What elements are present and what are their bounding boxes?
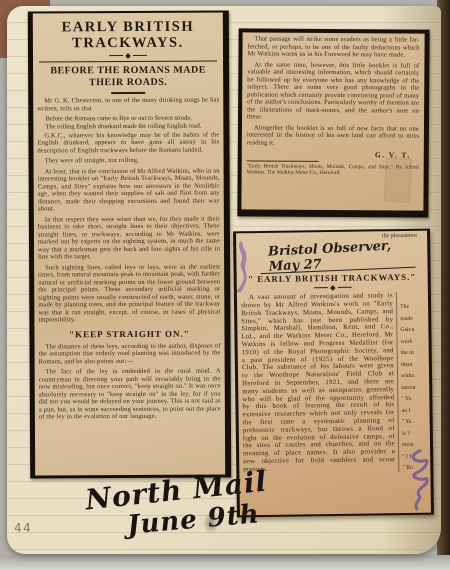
column-rule (396, 292, 400, 472)
text-fragment: The (400, 304, 425, 311)
text-fragment: Galva (400, 327, 425, 334)
news-paragraph: At least, that is the conclusion of Mr A… (38, 167, 220, 213)
text-fragment: an I (401, 408, 426, 415)
subhead-line2: THEIR ROADS. (37, 77, 219, 90)
clipping-subheadline: BEFORE THE ROMANS MADE THEIR ROADS. (37, 65, 219, 90)
text-fragment: the m (401, 350, 426, 357)
adjacent-column-fragments: The made Galva work the m them witha inc… (400, 292, 428, 472)
scrapbook-page: EARLY BRITISH TRACKWAYS. BEFORE THE ROMA… (7, 6, 441, 554)
news-paragraph: That passage will strike some readers as… (247, 35, 419, 59)
footnote-rule (247, 160, 319, 162)
news-paragraph: The distance of these leys, according to… (39, 342, 221, 365)
news-paragraph: The fact of the ley is embedded in the r… (39, 368, 221, 421)
news-paragraph: Mr G. K. Chesterton, in one of the many … (37, 97, 219, 113)
crosshead: "KEEP STRAIGHT ON." (38, 328, 220, 339)
subhead-line1: BEFORE THE ROMANS MADE (37, 65, 219, 78)
rule-short (111, 92, 145, 94)
news-paragraph: A vast amount of investigation and study… (241, 292, 395, 474)
verse-line: Before the Romans came to Rye or out to … (51, 115, 219, 123)
scrapbook-photo: EARLY BRITISH TRACKWAYS. BEFORE THE ROMA… (0, 0, 450, 570)
text-fragment: " Yo (401, 396, 426, 403)
text-fragment: work (401, 339, 426, 346)
clipping-headline: EARLY BRITISH TRACKWAYS. (37, 19, 219, 52)
ink-smudge (203, 512, 219, 534)
headline-line2: TRACKWAYS. (37, 35, 219, 52)
text-fragment: witha (401, 373, 426, 380)
news-paragraph: Altogether the booklet is so full of new… (247, 124, 419, 148)
headline-line1: EARLY BRITISH (37, 19, 219, 36)
page-number: 44 (14, 521, 32, 535)
text-fragment: " Ya (402, 419, 427, 426)
verse-line: The rolling English drunkard made the ro… (51, 123, 219, 131)
clipping-paper: EARLY BRITISH TRACKWAYS. BEFORE THE ROMA… (33, 13, 225, 476)
ink-blob-mark (236, 239, 259, 293)
news-paragraph: Such sighting lines, called leys or lays… (38, 263, 220, 324)
divider-ornament (37, 52, 219, 60)
text-fragment: them (401, 362, 426, 369)
newspaper-clipping-left: EARLY BRITISH TRACKWAYS. BEFORE THE ROMA… (28, 10, 231, 478)
rule (39, 61, 217, 63)
news-paragraph: In that respect they were wiser than we,… (38, 215, 220, 261)
stamp-mark (384, 157, 412, 202)
ink-swirl-mark (386, 447, 431, 514)
text-fragment: made (400, 316, 425, 323)
text-fragment: is ? (402, 430, 427, 437)
news-paragraph: At the same time, however, this little b… (247, 61, 419, 122)
news-paragraph: They were all straight, not rolling. (38, 157, 220, 165)
background-bottom (0, 555, 450, 570)
news-paragraph: G.K.C., whatever his knowledge may be of… (37, 131, 219, 154)
text-fragment: increa (401, 385, 426, 392)
